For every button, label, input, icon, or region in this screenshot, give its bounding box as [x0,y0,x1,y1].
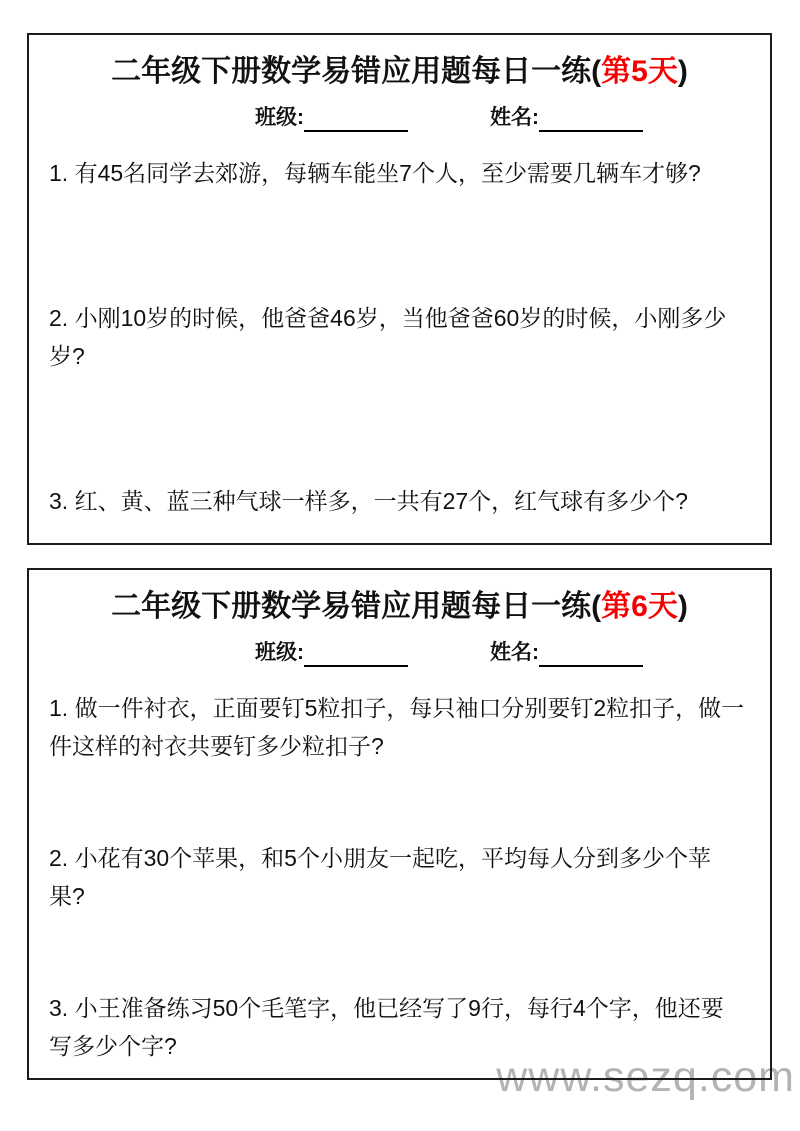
name-field-blank-line [539,105,643,132]
name-field-blank-line [539,640,643,667]
worksheet-title-close-paren: ) [678,590,688,623]
worksheet-title: 二年级下册数学易错应用题每日一练(第6天) [29,590,770,624]
problem-item-1: 1. 有45名同学去郊游，每辆车能坐7个人，至少需要几辆车才够? [49,154,746,192]
class-field: 班级: [255,639,408,667]
problem-item-2: 2. 小刚10岁的时候，他爸爸46岁，当他爸爸60岁的时候，小刚多少岁? [49,299,746,375]
name-field-label: 姓名: [490,639,539,667]
worksheet-card-day5: 二年级下册数学易错应用题每日一练(第5天) 班级: 姓名: 1. 有45名同学去… [27,33,772,545]
name-field: 姓名: [490,639,643,667]
class-field: 班级: [255,104,408,132]
worksheet-title-text: 二年级下册数学易错应用题每日一练( [111,590,601,623]
worksheet-title: 二年级下册数学易错应用题每日一练(第5天) [29,55,770,89]
name-field-label: 姓名: [490,104,539,132]
worksheet-title-day-highlight: 第6天 [601,590,678,623]
problems-list: 1. 有45名同学去郊游，每辆车能坐7个人，至少需要几辆车才够? 2. 小刚10… [49,154,746,520]
worksheet-title-day-highlight: 第5天 [601,55,678,88]
class-field-blank-line [304,105,408,132]
problem-item-2: 2. 小花有30个苹果，和5个小朋友一起吃，平均每人分到多少个苹果? [49,839,746,915]
class-field-label: 班级: [255,104,304,132]
header-fields-row: 班级: 姓名: [29,639,770,667]
class-field-blank-line [304,640,408,667]
problem-item-3: 3. 红、黄、蓝三种气球一样多，一共有27个，红气球有多少个? [49,482,746,520]
header-fields-row: 班级: 姓名: [29,104,770,132]
name-field: 姓名: [490,104,643,132]
worksheet-title-close-paren: ) [678,55,688,88]
worksheet-title-text: 二年级下册数学易错应用题每日一练( [111,55,601,88]
problem-item-1: 1. 做一件衬衣，正面要钉5粒扣子，每只袖口分别要钉2粒扣子，做一件这样的衬衣共… [49,689,746,765]
problems-list: 1. 做一件衬衣，正面要钉5粒扣子，每只袖口分别要钉2粒扣子，做一件这样的衬衣共… [49,689,746,1065]
class-field-label: 班级: [255,639,304,667]
problem-item-3: 3. 小王准备练习50个毛笔字，他已经写了9行，每行4个字，他还要写多少个字? [49,989,746,1065]
worksheet-card-day6: 二年级下册数学易错应用题每日一练(第6天) 班级: 姓名: 1. 做一件衬衣，正… [27,568,772,1080]
